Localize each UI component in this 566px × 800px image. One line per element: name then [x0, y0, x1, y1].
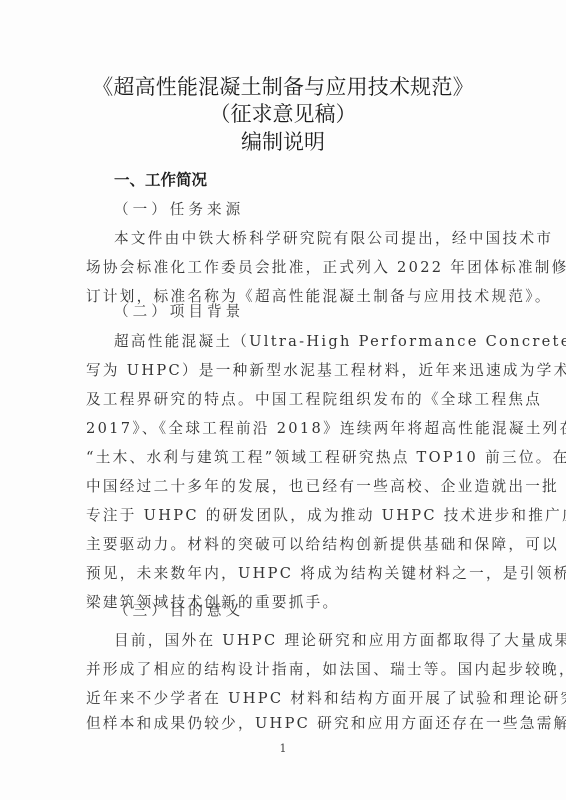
document-title: 《超高性能混凝土制备与应用技术规范》 [0, 77, 566, 98]
document-page: 《超高性能混凝土制备与应用技术规范》 （征求意见稿） 编制说明 一、工作简况 （… [0, 0, 566, 800]
paragraph-line: 超高性能混凝土（Ultra-High Performance Concrete，… [114, 335, 482, 350]
subsection-heading-purpose: （三）目的意义 [114, 604, 510, 619]
document-heading: 编制说明 [0, 132, 566, 153]
paragraph-line: 近年来不少学者在 UHPC 材料和结构方面开展了试验和理论研究， [86, 692, 482, 707]
paragraph-line: 但样本和成果仍较少，UHPC 研究和应用方面还存在一些急需解 [86, 717, 482, 732]
subsection-heading-project-background: （二）项目背景 [114, 305, 510, 320]
paragraph-line: “土木、水利与建筑工程”领域工程研究热点 TOP10 前三位。在 [86, 451, 482, 466]
paragraph-line: 及工程界研究的特点。中国工程院组织发布的《全球工程焦点 [86, 393, 482, 408]
subsection-heading-task-source: （一）任务来源 [114, 203, 510, 218]
paragraph-line: 主要驱动力。材料的突破可以给结构创新提供基础和保障，可以 [86, 538, 482, 553]
section-heading-work-overview: 一、工作简况 [114, 173, 207, 189]
paragraph-line: 写为 UHPC）是一种新型水泥基工程材料，近年来迅速成为学术 [86, 364, 482, 379]
page-number: 1 [0, 742, 566, 755]
paragraph-line: 专注于 UHPC 的研发团队，成为推动 UHPC 技术进步和推广应用的 [86, 509, 482, 524]
paragraph-line: 2017》、《全球工程前沿 2018》连续两年将超高性能混凝土列在 [86, 422, 482, 437]
paragraph-line: 中国经过二十多年的发展，也已经有一些高校、企业造就出一批 [86, 480, 482, 495]
paragraph-line: 目前，国外在 UHPC 理论研究和应用方面都取得了大量成果， [114, 634, 482, 649]
document-subtitle: （征求意见稿） [0, 104, 566, 125]
paragraph-line: 并形成了相应的结构设计指南，如法国、瑞士等。国内起步较晚， [86, 663, 482, 678]
paragraph-line: 预见，未来数年内，UHPC 将成为结构关键材料之一，是引领桥 [86, 567, 482, 582]
paragraph-line: 本文件由中铁大桥科学研究院有限公司提出，经中国技术市 [114, 232, 482, 247]
paragraph-line: 场协会标准化工作委员会批准，正式列入 2022 年团体标准制修 [86, 261, 482, 276]
